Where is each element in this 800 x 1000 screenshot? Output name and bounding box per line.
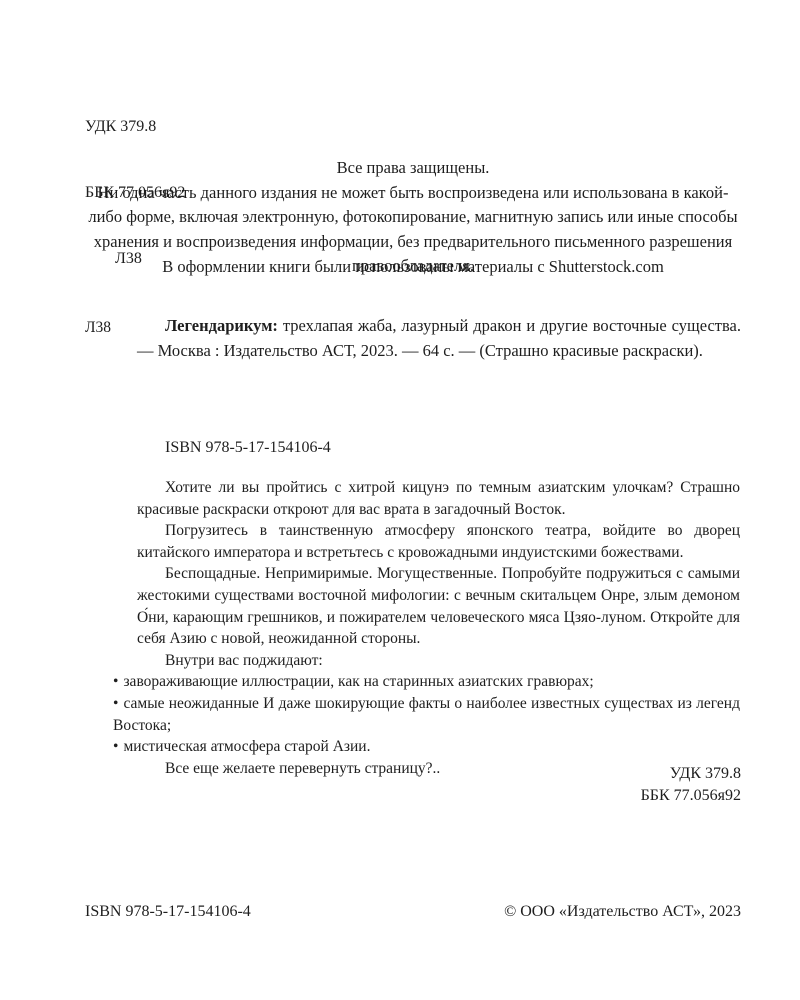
annotation-paragraph-4: Внутри вас поджидают: — [137, 650, 740, 672]
bibliographic-entry: Л38 Легендарикум: трехлапая жаба, лазурн… — [85, 314, 741, 363]
udk-code-top: УДК 379.8 — [85, 116, 185, 138]
page-footer: ISBN 978-5-17-154106-4 © ООО «Издательст… — [85, 903, 741, 921]
annotation-paragraph-1: Хотите ли вы пройтись с хитрой кицунэ по… — [137, 477, 740, 520]
isbn-number-footer: ISBN 978-5-17-154106-4 — [85, 903, 251, 921]
bullet-item-1: •завораживающие иллюстрации, как на стар… — [113, 671, 740, 693]
book-copyright-page: УДК 379.8 ББК 77.056я92 Л38 Все права за… — [0, 0, 800, 1000]
rights-notice-title: Все права защищены. — [84, 156, 742, 181]
bullet-item-3-text: мистическая атмосфера старой Азии. — [123, 738, 370, 755]
isbn-number-top: ISBN 978-5-17-154106-4 — [165, 439, 331, 457]
annotation-paragraph-3: Беспощадные. Непримиримые. Могущественны… — [137, 563, 740, 649]
annotation-paragraph-2: Погрузитесь в таинственную атмосферу япо… — [137, 520, 740, 563]
bullet-icon: • — [113, 695, 118, 712]
bullet-item-1-text: завораживающие иллюстрации, как на стари… — [123, 673, 593, 690]
materials-credit-line: В оформлении книги были использованы мат… — [84, 257, 742, 277]
udk-code-bottom: УДК 379.8 — [85, 763, 741, 785]
annotation-block: Хотите ли вы пройтись с хитрой кицунэ по… — [137, 477, 740, 779]
book-title: Легендарикум: — [165, 316, 278, 335]
author-sign-bib: Л38 — [85, 316, 111, 341]
bibliographic-description: Легендарикум: трехлапая жаба, лазурный д… — [137, 314, 741, 363]
bullet-item-2-text: самые неожиданные И даже шокирующие факт… — [113, 695, 740, 734]
bullet-item-3: •мистическая атмосфера старой Азии. — [113, 736, 740, 758]
classification-codes-bottom: УДК 379.8 ББК 77.056я92 — [85, 763, 741, 807]
bbk-code-bottom: ББК 77.056я92 — [85, 785, 741, 807]
bullet-icon: • — [113, 738, 118, 755]
bullet-icon: • — [113, 673, 118, 690]
copyright-line: © ООО «Издательство АСТ», 2023 — [504, 903, 741, 921]
bullet-item-2: •самые неожиданные И даже шокирующие фак… — [113, 693, 740, 736]
